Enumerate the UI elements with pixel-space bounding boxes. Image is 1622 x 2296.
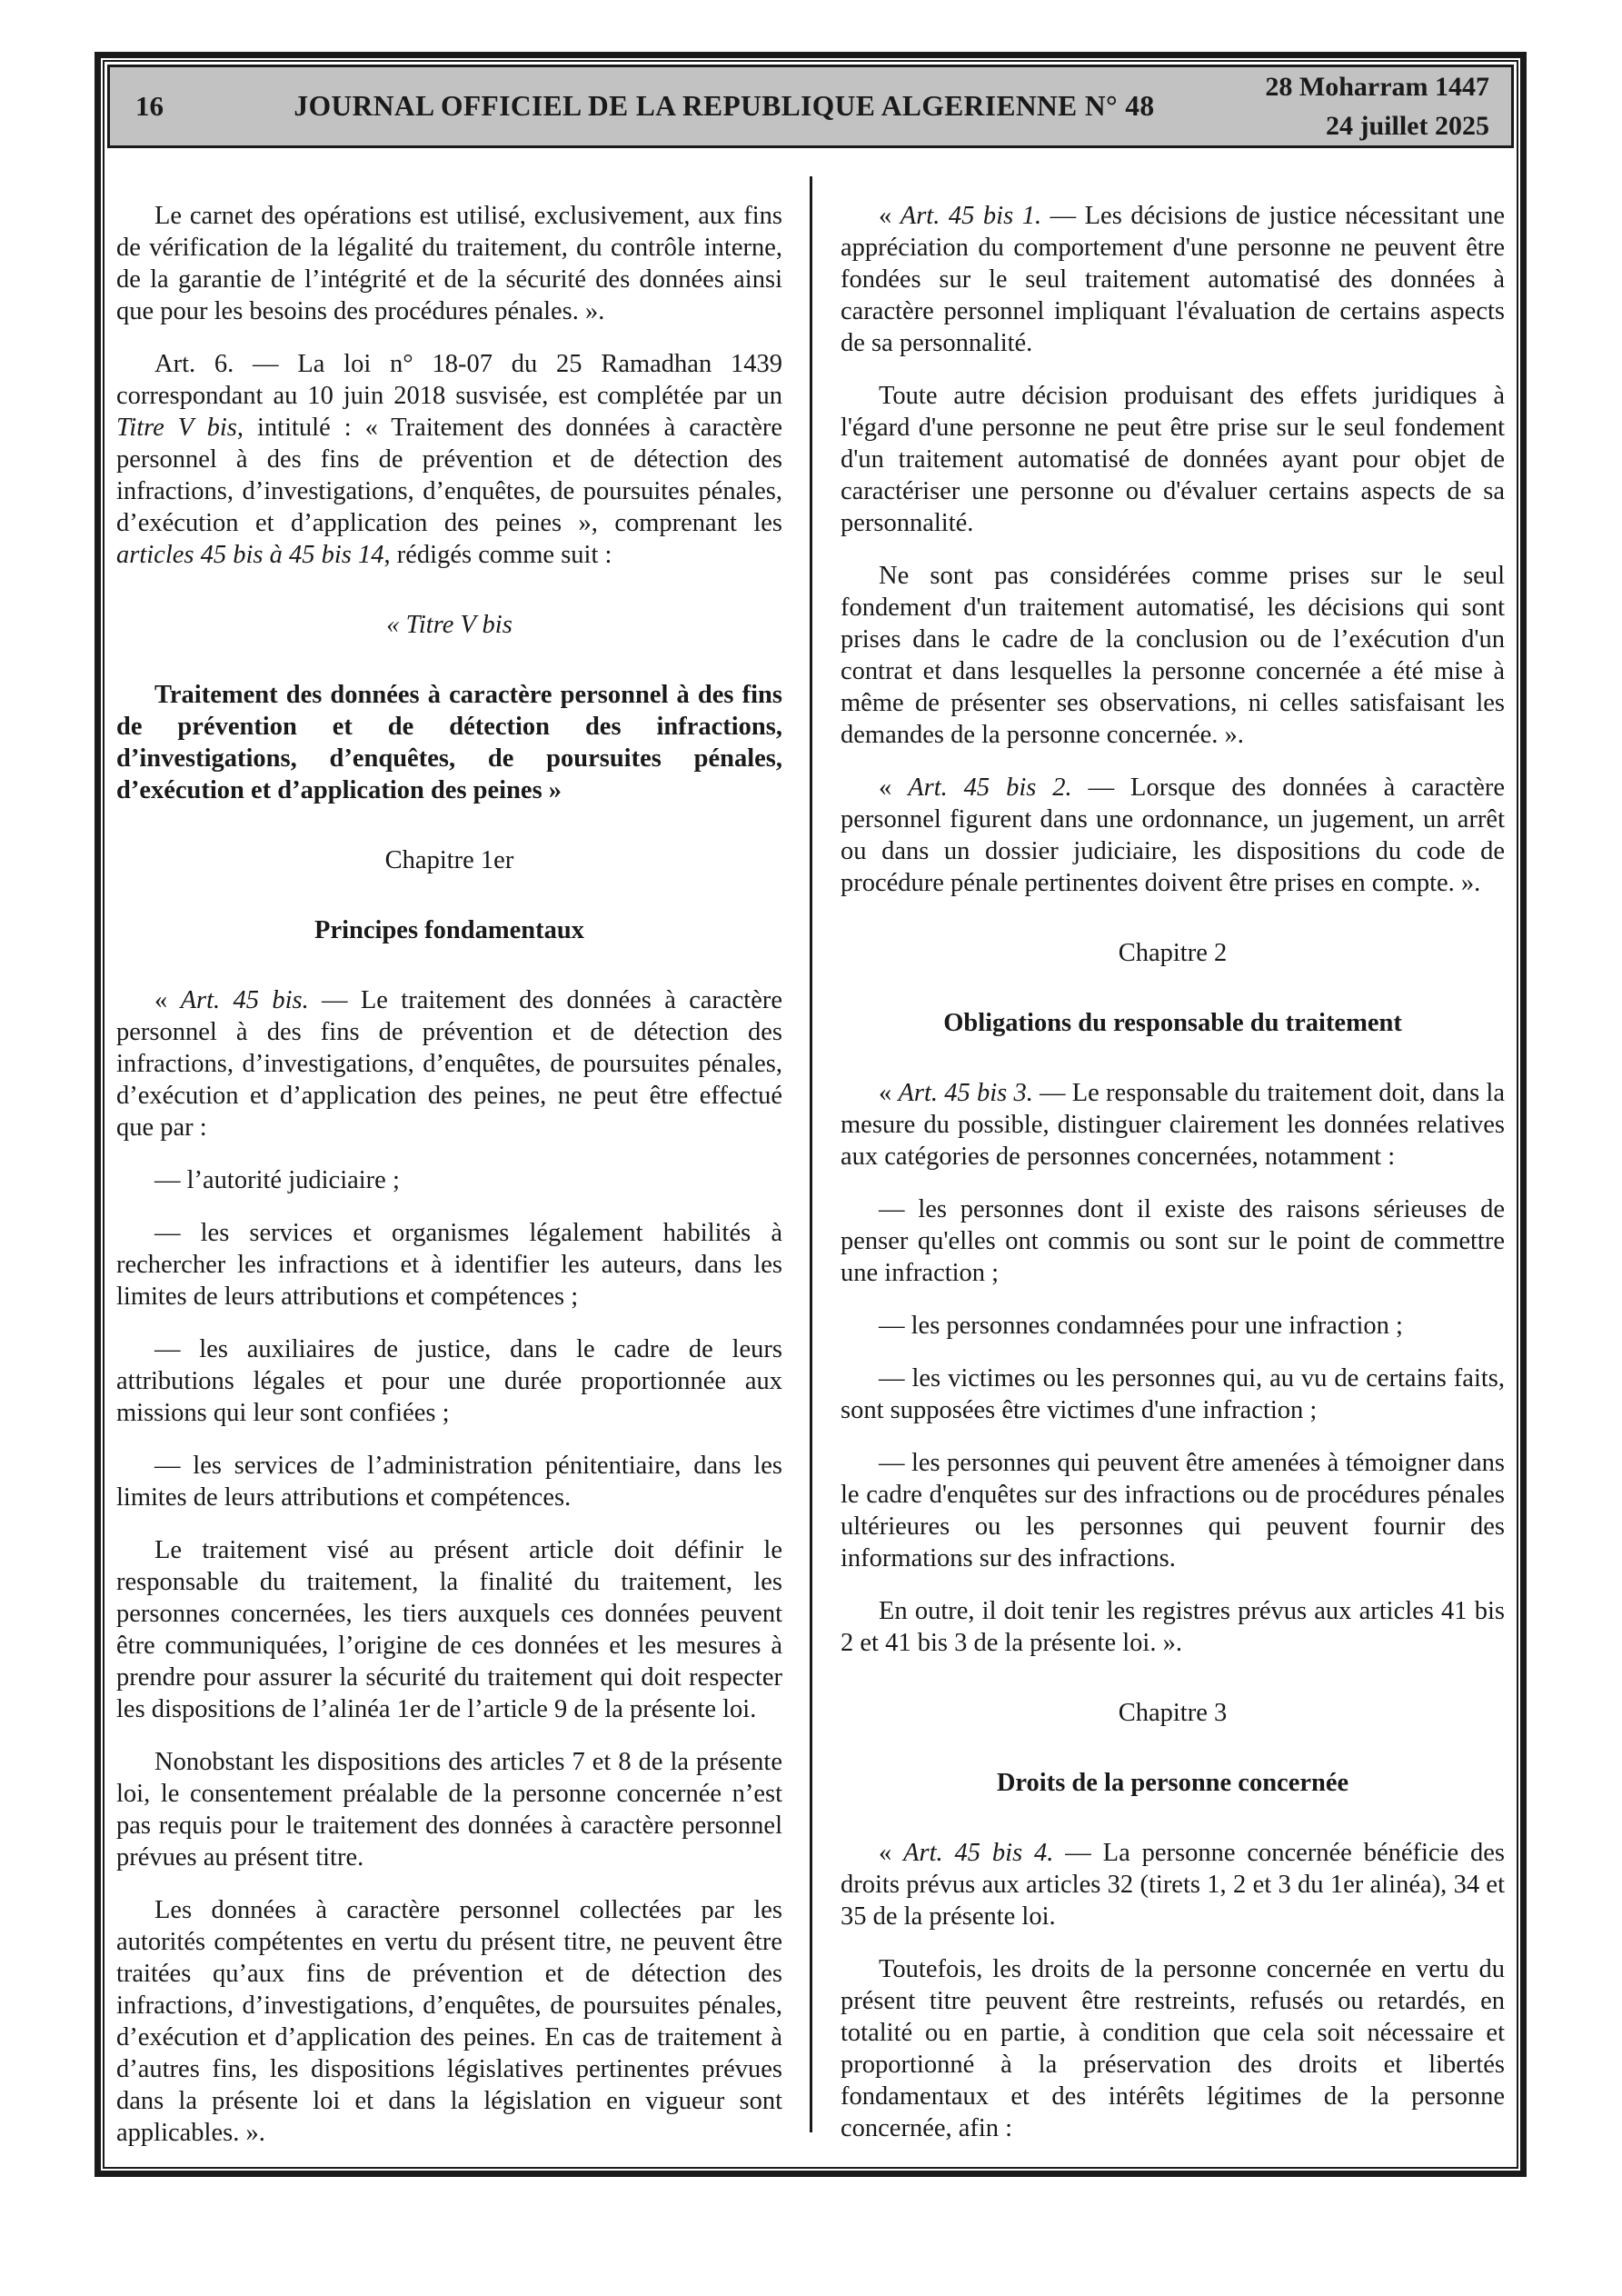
paragraph-art-45-bis: « Art. 45 bis. — Le traitement des donné… bbox=[116, 984, 782, 1143]
heading-titre-v-bis-intitule: Traitement des données à caractère perso… bbox=[116, 679, 782, 806]
paragraph-art-6: Art. 6. — La loi n° 18-07 du 25 Ramadhan… bbox=[116, 348, 782, 571]
heading-principes-fondamentaux: Principes fondamentaux bbox=[116, 914, 782, 946]
list-item-services-organismes: — les services et organismes légalement … bbox=[116, 1217, 782, 1313]
paragraph-nonobstant: Nonobstant les dispositions des articles… bbox=[116, 1746, 782, 1873]
paragraph-art-45-bis-1: « Art. 45 bis 1. — Les décisions de just… bbox=[841, 200, 1505, 359]
list-item-temoins: — les personnes qui peuvent être amenées… bbox=[841, 1447, 1505, 1574]
list-item-auxiliaires-justice: — les auxiliaires de justice, dans le ca… bbox=[116, 1333, 782, 1429]
page-frame-inner: 16 JOURNAL OFFICIEL DE LA REPUBLIQUE ALG… bbox=[103, 60, 1518, 2169]
heading-titre-v-bis: « Titre V bis bbox=[116, 609, 782, 641]
masthead: 16 JOURNAL OFFICIEL DE LA REPUBLIQUE ALG… bbox=[107, 65, 1514, 148]
heading-droits-personne-concernee: Droits de la personne concernée bbox=[841, 1767, 1505, 1799]
paragraph-ne-sont-pas-considerees: Ne sont pas considérées comme prises sur… bbox=[841, 560, 1505, 751]
paragraph-eviter-entraver: 1- d’éviter d'entraver les investigation… bbox=[841, 2165, 1505, 2169]
date-hijri: 28 Moharram 1447 bbox=[1234, 67, 1489, 106]
heading-chapitre-2: Chapitre 2 bbox=[841, 937, 1505, 969]
list-item-autorite-judiciaire: — l’autorité judiciaire ; bbox=[116, 1164, 782, 1196]
paragraph-traitement-vise: Le traitement visé au présent article do… bbox=[116, 1534, 782, 1725]
paragraph-toutefois-droits: Toutefois, les droits de la personne con… bbox=[841, 1953, 1505, 2144]
right-column: « Art. 45 bis 1. — Les décisions de just… bbox=[812, 173, 1505, 2161]
paragraph-carnet-operations: Le carnet des opérations est utilisé, ex… bbox=[116, 200, 782, 327]
list-item-victimes: — les victimes ou les personnes qui, au … bbox=[841, 1363, 1505, 1426]
paragraph-art-45-bis-2: « Art. 45 bis 2. — Lorsque des données à… bbox=[841, 772, 1505, 899]
two-column-layout: Le carnet des opérations est utilisé, ex… bbox=[104, 151, 1517, 2161]
left-column: Le carnet des opérations est utilisé, ex… bbox=[116, 173, 810, 2161]
list-item-personnes-raisons-serieuses: — les personnes dont il existe des raiso… bbox=[841, 1193, 1505, 1289]
date-gregorian: 24 juillet 2025 bbox=[1234, 106, 1489, 145]
masthead-dates: 28 Moharram 1447 24 juillet 2025 bbox=[1234, 67, 1511, 145]
journal-title: JOURNAL OFFICIEL DE LA REPUBLIQUE ALGERI… bbox=[214, 90, 1234, 123]
paragraph-art-45-bis-4: « Art. 45 bis 4. — La personne concernée… bbox=[841, 1837, 1505, 1932]
page-frame: 16 JOURNAL OFFICIEL DE LA REPUBLIQUE ALG… bbox=[95, 52, 1527, 2177]
list-item-personnes-condamnees: — les personnes condamnées pour une infr… bbox=[841, 1310, 1505, 1342]
heading-chapitre-3: Chapitre 3 bbox=[841, 1697, 1505, 1729]
paragraph-toute-autre-decision: Toute autre décision produisant des effe… bbox=[841, 380, 1505, 539]
heading-obligations-responsable: Obligations du responsable du traitement bbox=[841, 1007, 1505, 1039]
paragraph-en-outre-registres: En outre, il doit tenir les registres pr… bbox=[841, 1595, 1505, 1659]
paragraph-art-45-bis-3: « Art. 45 bis 3. — Le responsable du tra… bbox=[841, 1077, 1505, 1173]
heading-chapitre-1: Chapitre 1er bbox=[116, 844, 782, 876]
page-number: 16 bbox=[110, 90, 214, 123]
list-item-administration-penitentiaire: — les services de l’administration pénit… bbox=[116, 1450, 782, 1513]
paragraph-donnees-collectees: Les données à caractère personnel collec… bbox=[116, 1894, 782, 2149]
